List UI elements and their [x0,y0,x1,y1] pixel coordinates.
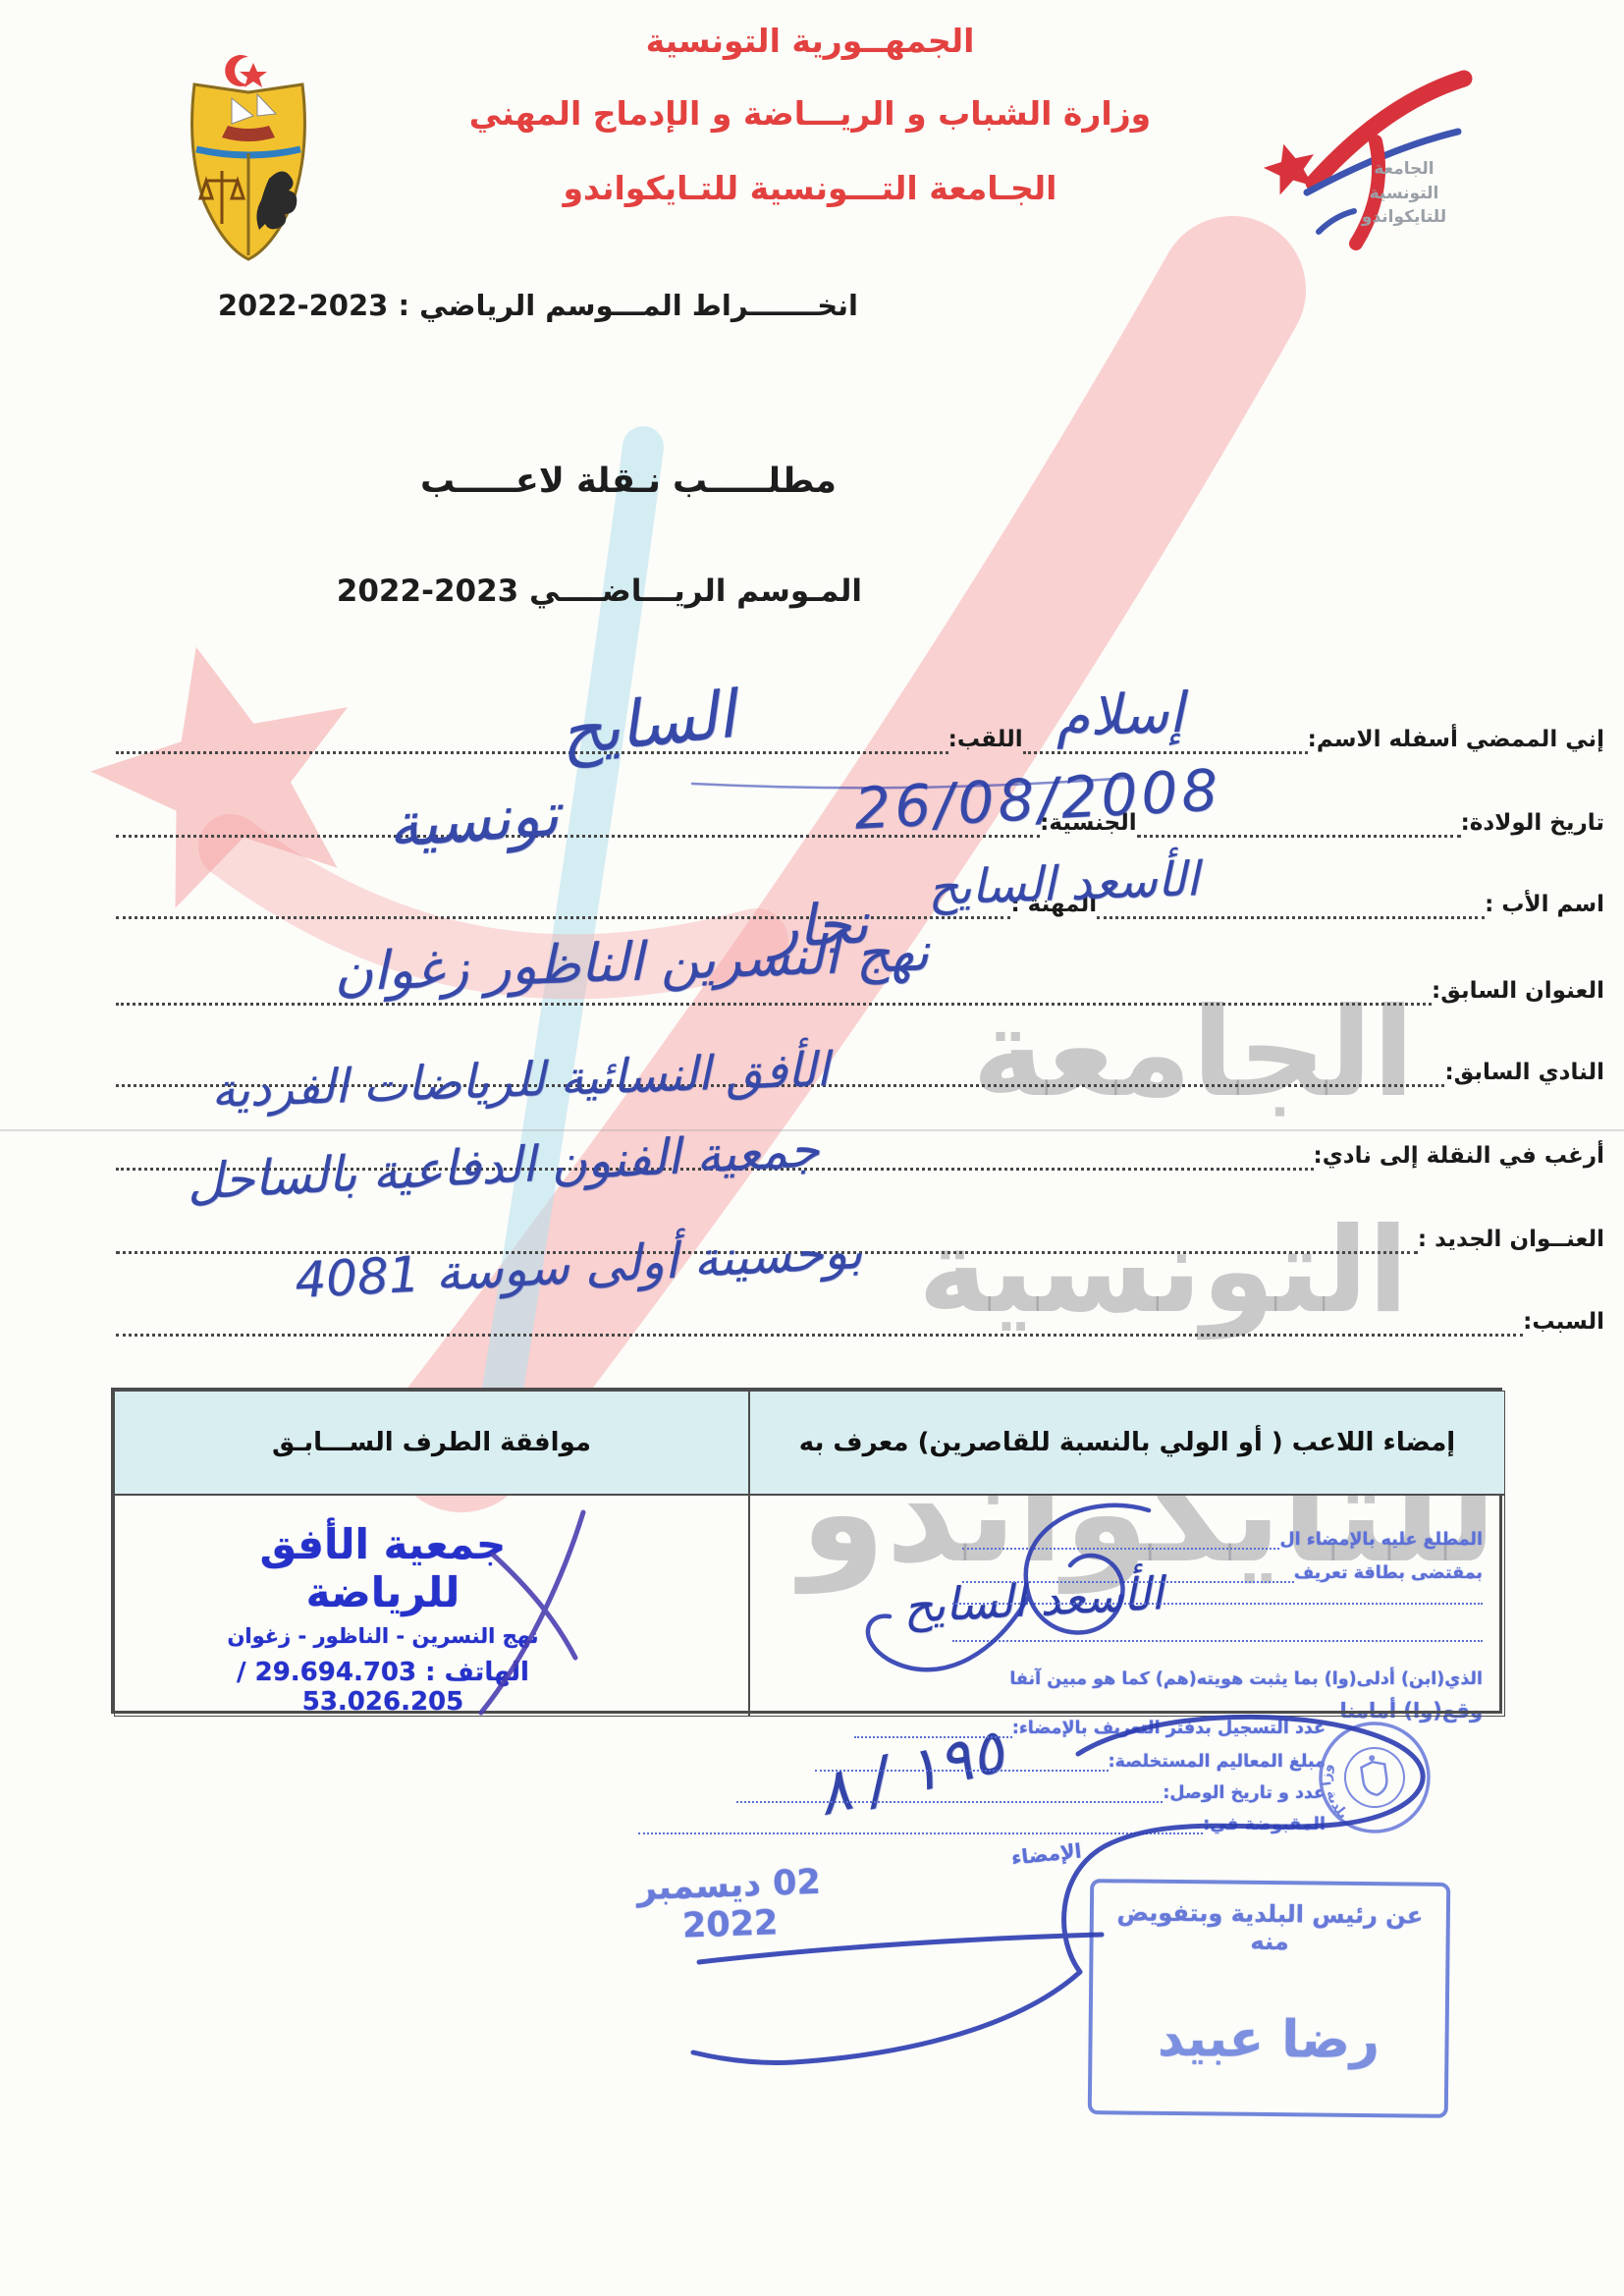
transfer-request-title: مطلـــــب نـقلة لاعـــــب [383,462,874,501]
handwriting-nationality: تونسية [386,778,561,861]
consent-header-cell: موافقة الطرف الســـابـق [114,1391,749,1495]
legalization-line-fees: مبلغ المعاليم المستخلصة: [815,1750,1326,1772]
name-label: إني الممضي أسفله الاسم: [1308,727,1604,754]
register-number-label: عدد التسجيل بدفتر التعريف بالإمضاء: [1012,1719,1326,1738]
header-ministry: وزارة الشباب و الريـــاضة و الإدماج المه… [245,94,1375,133]
logo-text-line2: التونسية [1360,182,1448,206]
tunisia-coat-of-arms-icon [183,55,314,265]
logo-text-line3: للتايكواندو [1360,205,1448,230]
mayor-delegation-stamp: عن رئيس البلدية وبتفويض منه رضا عبيد [1088,1879,1450,2118]
scanned-transfer-form: الجامعة التونسية للتايكواندو الجمهــورية… [0,0,1624,2296]
handwriting-name: إسلام [1055,682,1185,750]
player-signature-header-cell: إمضاء اللاعب ( أو الولي بالنسبة للقاصرين… [749,1391,1505,1495]
legalization-line-3 [952,1583,1483,1605]
header-federation: الجـامعة التـــونسية للتـايكواندو [245,169,1375,207]
consent-header-label: موافقة الطرف الســـابـق [272,1428,591,1457]
logo-text-line1: الجامعة [1360,157,1448,182]
legalization-dots-1 [962,1528,1279,1550]
previous-club-stamp: جمعية الأفق للرياضة نهج النسرين - الناظو… [177,1520,589,1717]
legalization-line-register: عدد التسجيل بدفتر التعريف بالإمضاء: [854,1717,1326,1738]
legalization-line-1: المطلع عليه بالإمضاء ال [962,1528,1483,1550]
mayor-stamp-name: رضا عبيد [1098,2008,1439,2071]
new-club-label: أرغب في النقلة إلى نادي: [1314,1143,1604,1171]
legalization-line-4 [952,1620,1483,1642]
handwriting-father-name: الأسعد السايح [927,851,1200,916]
collected-dots [638,1813,1203,1834]
legalization-label-2: بمقتضى بطاقة تعريف [1294,1563,1483,1583]
legalization-dots-4 [952,1620,1483,1642]
legalization-dots-3 [952,1583,1483,1605]
surname-dotted-line [116,722,948,754]
round-stamp-top-text: وزارة الداخلية [1304,1707,1338,1790]
reason-label: السبب: [1523,1309,1604,1337]
federation-logo-text: الجامعة التونسية للتايكواندو [1360,157,1448,230]
legalization-dots-2 [962,1561,1294,1583]
receipt-dots [736,1781,1163,1803]
fees-label: مبلغ المعاليم المستخلصة: [1109,1752,1326,1772]
reason-dotted-line [116,1304,1523,1337]
prev-club-label: النادي السابق: [1444,1060,1604,1087]
birthdate-label: تاريخ الولادة: [1461,810,1604,838]
player-signature-header-label: إمضاء اللاعب ( أو الولي بالنسبة للقاصرين… [799,1428,1455,1457]
legalization-line-receipt: عدد و تاريخ الوصل: [736,1781,1326,1803]
club-stamp-phone: الهاتف : 29.694.703 / 53.026.205 [177,1658,589,1717]
sport-season-title: المـوسم الريـــاضــــي 2023-2022 [371,574,862,609]
profession-dotted-line [116,887,1010,919]
club-stamp-address: نهج النسرين - الناظور - زغوان [177,1624,589,1648]
legalization-label-1: المطلع عليه بالإمضاء ال [1279,1530,1483,1550]
new-address-label: العنــوان الجديد : [1418,1227,1604,1254]
club-stamp-name: جمعية الأفق للرياضة [177,1520,589,1616]
legalization-line-collected: المقبوضة في: [638,1813,1326,1834]
svg-text:وزارة الداخلية: وزارة الداخلية [1304,1707,1338,1790]
header-republic: الجمهــورية التونسية [245,22,1375,60]
enrollment-season-title: انخـــــــراط المـــوسم الرياضي : 2023-2… [367,289,858,322]
form-line-name: إني الممضي أسفله الاسم: اللقب: [116,717,1604,754]
municipal-round-stamp: وزارة الداخلية بلدية الناظور [1304,1707,1445,1848]
father-label: اسم الأب : [1485,892,1604,919]
register-number-dots [854,1717,1012,1738]
legalization-line-2: بمقتضى بطاقة تعريف [962,1561,1483,1583]
mayor-stamp-delegation-text: عن رئيس البلدية وبتفويض منه [1099,1898,1440,1957]
fees-dots [815,1750,1109,1772]
prev-address-label: العنوان السابق: [1432,978,1604,1006]
date-stamp: 02 ديسمبر 2022 [596,1861,864,1948]
surname-label: اللقب: [948,727,1023,754]
receipt-label: عدد و تاريخ الوصل: [1163,1783,1326,1803]
